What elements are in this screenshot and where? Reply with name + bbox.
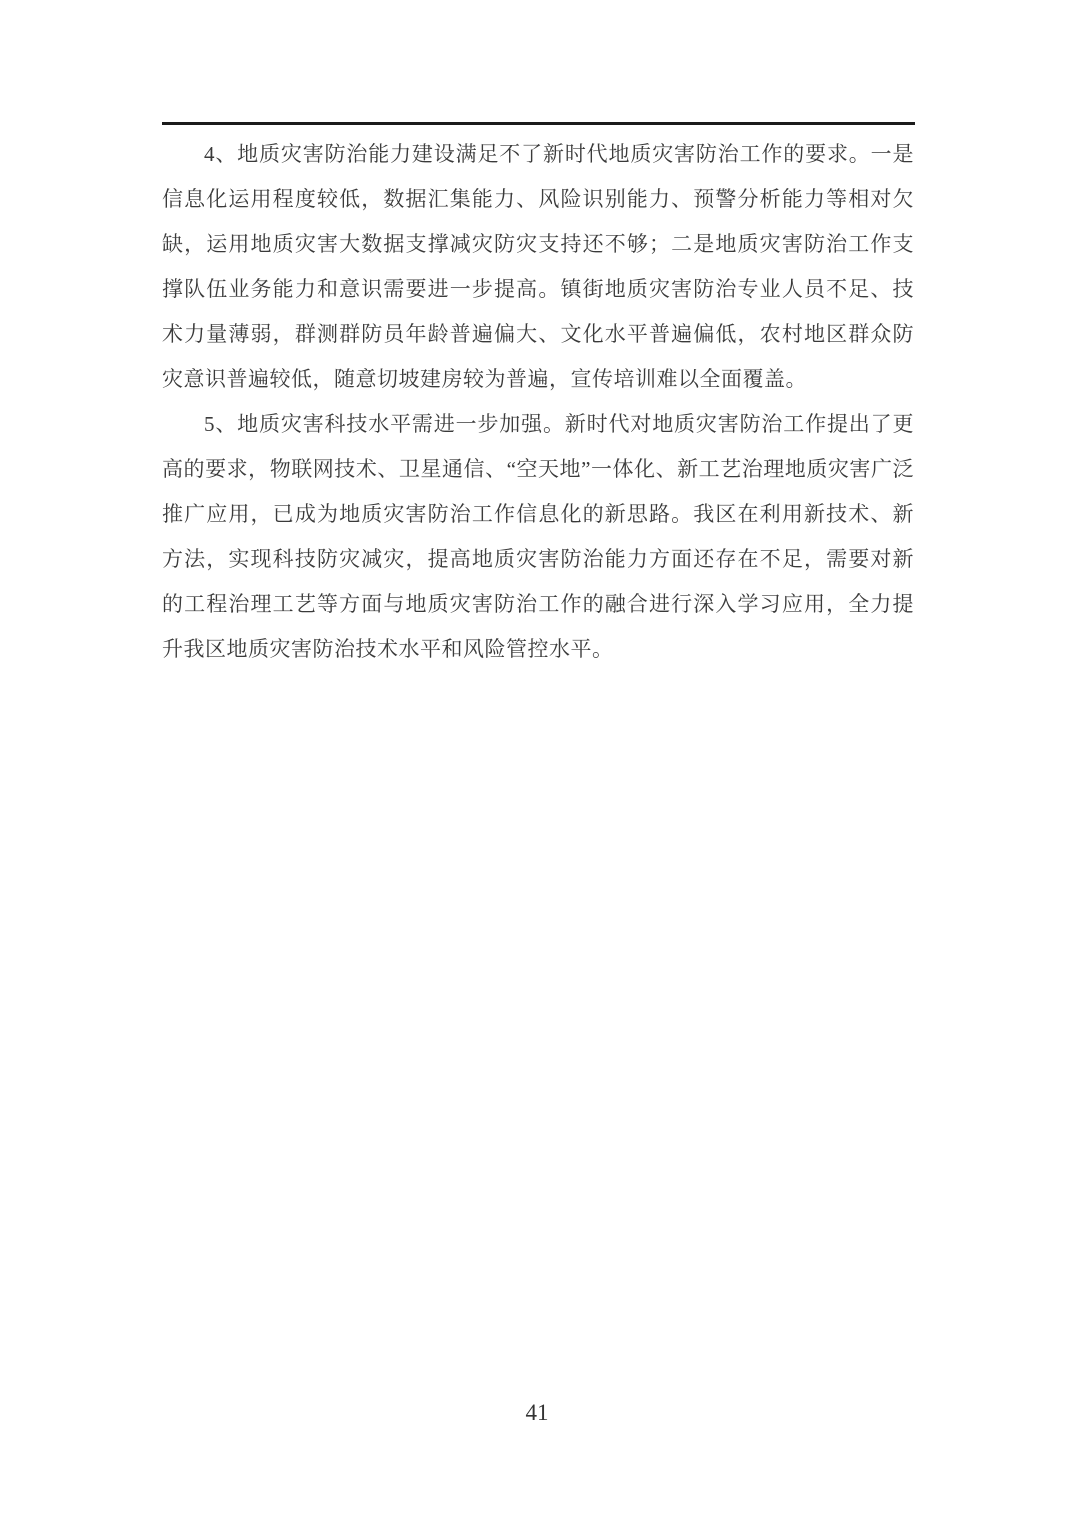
- document-page: 4、地质灾害防治能力建设满足不了新时代地质灾害防治工作的要求。一是信息化运用程度…: [0, 0, 1074, 1520]
- page-body: 4、地质灾害防治能力建设满足不了新时代地质灾害防治工作的要求。一是信息化运用程度…: [162, 132, 914, 672]
- paragraph: 5、地质灾害科技水平需进一步加强。新时代对地质灾害防治工作提出了更高的要求，物联…: [162, 402, 914, 672]
- header-rule: [162, 122, 915, 125]
- page-number: 41: [0, 1400, 1074, 1426]
- paragraph: 4、地质灾害防治能力建设满足不了新时代地质灾害防治工作的要求。一是信息化运用程度…: [162, 132, 914, 402]
